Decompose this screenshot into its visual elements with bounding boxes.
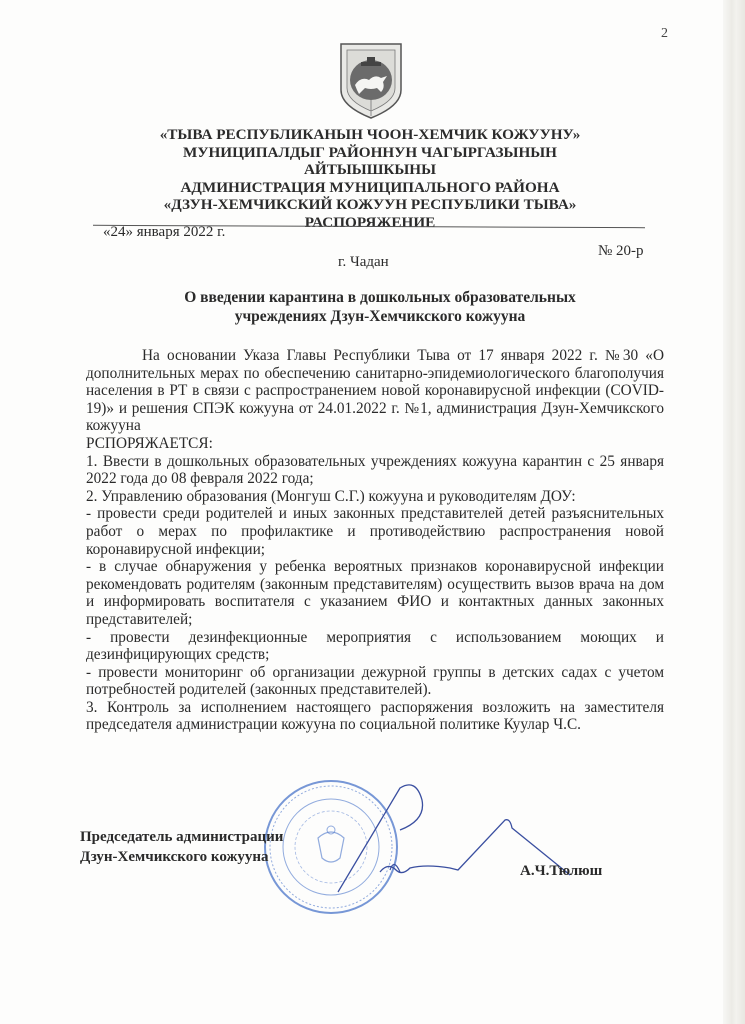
header-line: АЙТЫЫШКЫНЫ: [90, 161, 650, 179]
organization-header: «ТЫВА РЕСПУБЛИКАНЫН ЧООН-ХЕМЧИК КОЖУУНУ»…: [90, 126, 650, 231]
order-subitem: - в случае обнаружения у ребенка вероятн…: [86, 558, 664, 628]
document-date: «24» января 2022 г.: [103, 224, 225, 241]
scan-edge: [723, 0, 745, 1024]
header-line: «ТЫВА РЕСПУБЛИКАНЫН ЧООН-ХЕМЧИК КОЖУУНУ»: [90, 126, 650, 144]
coat-of-arms-icon: [337, 40, 405, 120]
order-subitem: - провести дезинфекционные мероприятия с…: [86, 629, 664, 664]
page-number: 2: [661, 26, 668, 42]
header-line: «ДЗУН-ХЕМЧИКСКИЙ КОЖУУН РЕСПУБЛИКИ ТЫВА»: [90, 196, 650, 214]
header-line: АДМИНИСТРАЦИЯ МУНИЦИПАЛЬНОГО РАЙОНА: [90, 179, 650, 197]
order-item: 3. Контроль за исполнением настоящего ра…: [86, 699, 664, 734]
position-line: Председатель администрации: [80, 827, 283, 847]
signatory-name: А.Ч.Тюлюш: [520, 863, 602, 880]
document-number: № 20-р: [598, 243, 644, 260]
order-subitem: - провести мониторинг об организации деж…: [86, 664, 664, 699]
order-item: 1. Ввести в дошкольных образовательных у…: [86, 453, 664, 488]
signatory-position: Председатель администрации Дзун-Хемчикск…: [80, 827, 283, 867]
document-body: На основании Указа Главы Республики Тыва…: [86, 347, 664, 734]
title-line: О введении карантина в дошкольных образо…: [100, 288, 660, 307]
document-title: О введении карантина в дошкольных образо…: [100, 288, 660, 326]
directive: РСПОРЯЖАЕТСЯ:: [86, 435, 664, 453]
document-city: г. Чадан: [338, 254, 389, 271]
preamble: На основании Указа Главы Республики Тыва…: [86, 347, 664, 435]
handwritten-signature: [330, 780, 590, 900]
order-subitem: - провести среди родителей и иных законн…: [86, 505, 664, 558]
title-line: учреждениях Дзун-Хемчикского кожууна: [100, 307, 660, 326]
header-line: МУНИЦИПАЛДЫГ РАЙОННУН ЧАГЫРГАЗЫНЫН: [90, 144, 650, 162]
position-line: Дзун-Хемчикского кожууна: [80, 847, 283, 867]
order-item: 2. Управлению образования (Монгуш С.Г.) …: [86, 488, 664, 506]
